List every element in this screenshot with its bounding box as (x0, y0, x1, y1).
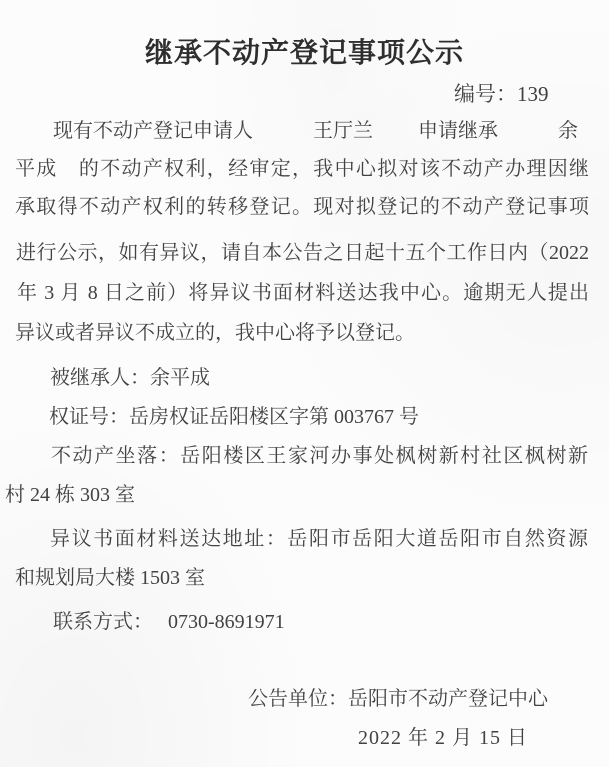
body-line: 联系方式： 0730-8691971 (53, 609, 285, 636)
issuer-line: 公告单位：岳阳市不动产登记中心 (248, 686, 548, 713)
body-line: 年 3 月 8 日之前）将异议书面材料送达我中心。逾期无人提出 (17, 280, 589, 307)
body-line: 承取得不动产权利的转移登记。现对拟登记的不动产登记事项 (15, 194, 589, 221)
body-line: 被继承人：余平成 (50, 365, 210, 392)
date-line: 2022 年 2 月 15 日 (358, 725, 528, 752)
body-line: 异议或者异议不成立的，我中心将予以登记。 (15, 320, 415, 347)
notice-page: 继承不动产登记事项公示 编号：139 现有不动产登记申请人 王厅兰 申请继承 余… (0, 0, 609, 767)
body-line: 平成 的不动产权利，经审定，我中心拟对该不动产办理因继 (15, 156, 589, 183)
body-line: 和规划局大楼 1503 室 (15, 565, 205, 592)
body-line: 不动产坐落：岳阳楼区王家河办事处枫树新村社区枫树新 (51, 443, 588, 470)
body-line: 异议书面材料送达地址：岳阳市岳阳大道岳阳市自然资源 (50, 526, 588, 553)
document-title: 继承不动产登记事项公示 (0, 36, 609, 70)
body-line: 村 24 栋 303 室 (5, 482, 135, 509)
doc-number: 编号：139 (454, 81, 549, 108)
body-line: 现有不动产登记申请人 王厅兰 申请继承 余 (53, 118, 578, 145)
body-line: 权证号：岳房权证岳阳楼区字第 003767 号 (49, 404, 419, 431)
body-line: 进行公示，如有异议，请自本公告之日起十五个工作日内（2022 (16, 240, 589, 267)
